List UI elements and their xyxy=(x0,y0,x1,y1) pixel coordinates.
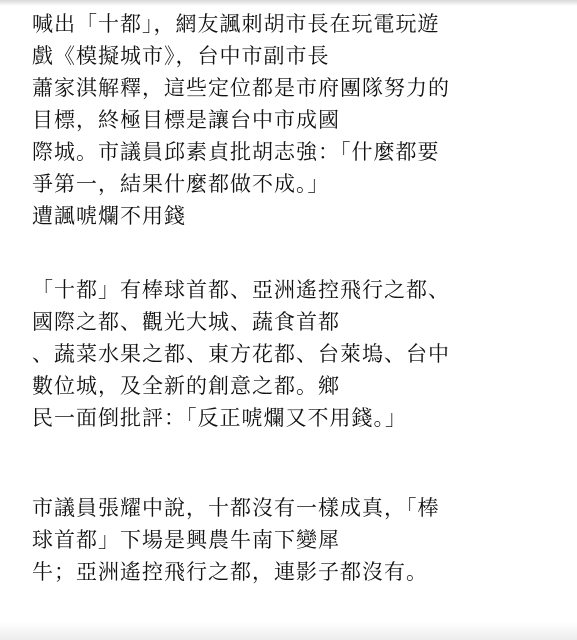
text-line: 爭第一，結果什麼都做不成。」 xyxy=(32,168,562,200)
paragraph-spacer xyxy=(32,434,562,492)
text-line: 球首都」下場是興農牛南下變犀 xyxy=(32,524,562,556)
text-line: 喊出「十都」，網友諷刺胡市長在玩電玩遊 xyxy=(32,8,562,40)
top-edge-shadow xyxy=(0,0,577,6)
text-line: 、蔬菜水果之都、東方花都、台萊塢、台中 xyxy=(32,338,562,370)
bottom-edge-fade xyxy=(0,622,577,640)
paragraph-2: 「十都」有棒球首都、亞洲遙控飛行之都、 國際之都、觀光大城、蔬食首都 、蔬菜水果… xyxy=(32,274,562,434)
paragraph-1: 喊出「十都」，網友諷刺胡市長在玩電玩遊 戲《模擬城市》，台中市副市長 蕭家淇解釋… xyxy=(32,8,562,232)
paragraph-spacer xyxy=(32,232,562,274)
text-line: 牛；亞洲遙控飛行之都，連影子都沒有。 xyxy=(32,556,562,588)
text-line: 遭諷唬爛不用錢 xyxy=(32,200,562,232)
article-body: 喊出「十都」，網友諷刺胡市長在玩電玩遊 戲《模擬城市》，台中市副市長 蕭家淇解釋… xyxy=(32,8,562,588)
text-line: 數位城，及全新的創意之都。鄉 xyxy=(32,370,562,402)
text-line: 市議員張耀中說，十都沒有一樣成真，「棒 xyxy=(32,492,562,524)
text-line: 蕭家淇解釋，這些定位都是市府團隊努力的 xyxy=(32,72,562,104)
text-line: 戲《模擬城市》，台中市副市長 xyxy=(32,40,562,72)
text-line: 民一面倒批評：「反正唬爛又不用錢。」 xyxy=(32,402,562,434)
text-line: 際城。市議員邱素貞批胡志強：「什麼都要 xyxy=(32,136,562,168)
text-line: 「十都」有棒球首都、亞洲遙控飛行之都、 xyxy=(32,274,562,306)
paragraph-3: 市議員張耀中說，十都沒有一樣成真，「棒 球首都」下場是興農牛南下變犀 牛；亞洲遙… xyxy=(32,492,562,588)
text-line: 國際之都、觀光大城、蔬食首都 xyxy=(32,306,562,338)
text-line: 目標，終極目標是讓台中市成國 xyxy=(32,104,562,136)
